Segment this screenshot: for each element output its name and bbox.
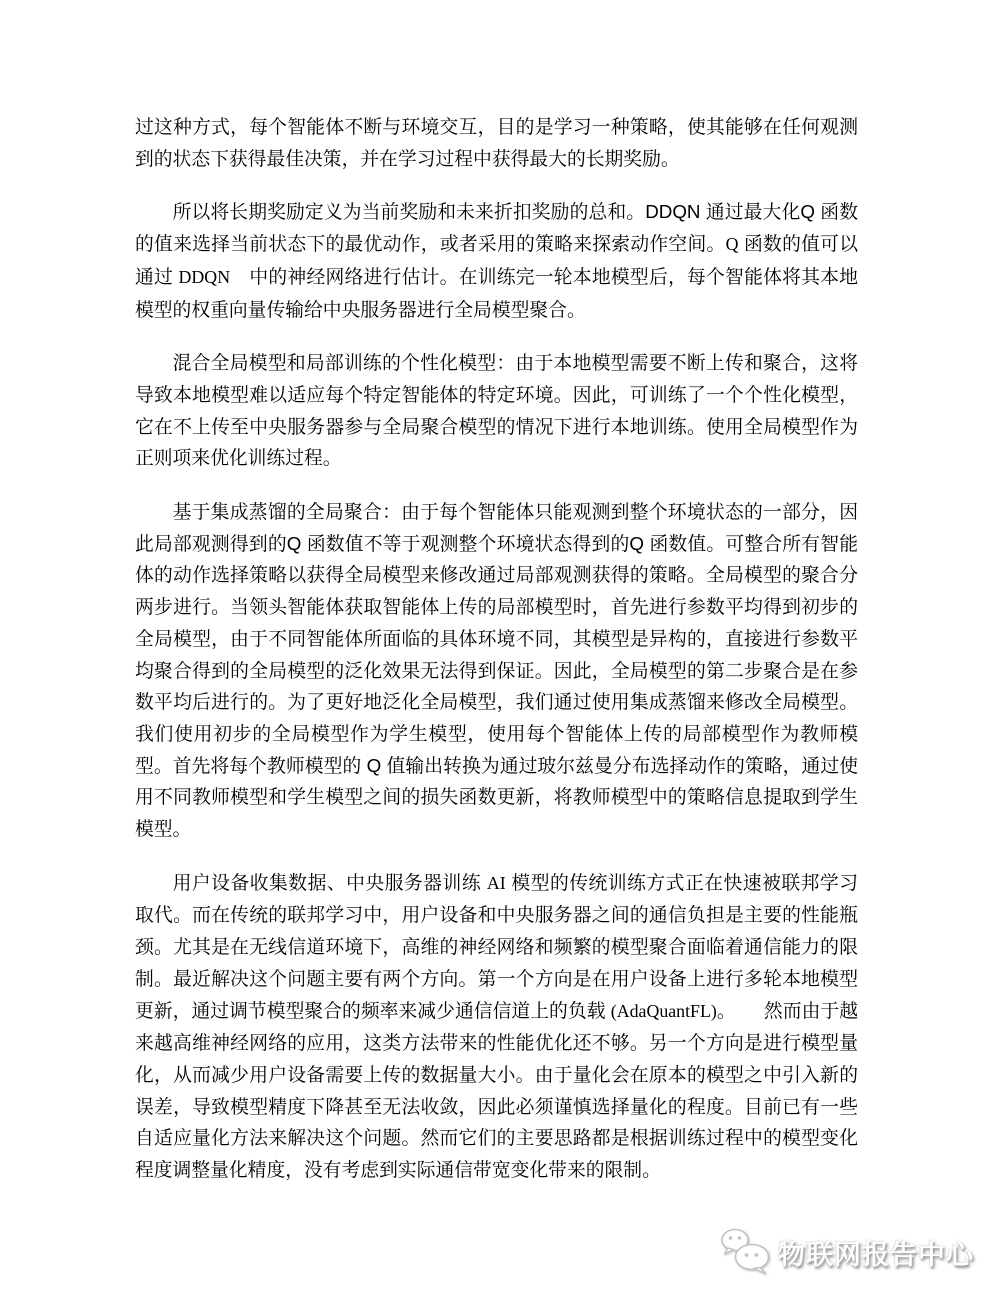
body-text: 用户设备收集数据、中央服务器训练 xyxy=(173,872,487,893)
paragraph: 所以将长期奖励定义为当前奖励和未来折扣奖励的总和。DDQN 通过最大化Q 函数的… xyxy=(135,196,858,325)
latin-serif-text: DDQN xyxy=(179,267,231,287)
latin-serif-text: Q xyxy=(726,234,739,254)
body-text: 中的神经网络进行估计。在训练完一轮本地模型后，每个智能体将其本地模型的权重向量传… xyxy=(135,266,858,320)
paragraph: 混合全局模型和局部训练的个性化模型：由于本地模型需要不断上传和聚合，这将导致本地… xyxy=(135,347,858,474)
body-text: 模型的传统训练方式正在快速被联邦学习取代。而在传统的联邦学习中，用户设备和中央服… xyxy=(135,872,858,1021)
body-text: 基于集成蒸馏的全局聚合：由于每个智能体只能观测到整个环境状态的一部分，因此局部观… xyxy=(135,501,858,839)
watermark-label: 物联网报告中心 xyxy=(778,1233,974,1272)
paragraph: 过这种方式，每个智能体不断与环境交互，目的是学习一种策略，使其能够在任何观测到的… xyxy=(135,111,858,174)
wechat-icon xyxy=(719,1227,771,1277)
body-text: 过这种方式，每个智能体不断与环境交互，目的是学习一种策略，使其能够在任何观测到的… xyxy=(135,116,858,169)
paragraph: 基于集成蒸馏的全局聚合：由于每个智能体只能观测到整个环境状态的一部分，因此局部观… xyxy=(135,496,858,845)
body-text: 。 然而由于越来越高维神经网络的应用，这类方法带来的性能优化还不够。另一个方向是… xyxy=(135,1000,858,1181)
document-page: 过这种方式，每个智能体不断与环境交互，目的是学习一种策略，使其能够在任何观测到的… xyxy=(0,0,1000,1293)
body-text: 混合全局模型和局部训练的个性化模型：由于本地模型需要不断上传和聚合，这将导致本地… xyxy=(135,352,858,468)
latin-serif-text: (AdaQuantFL) xyxy=(611,1001,717,1021)
watermark: 物联网报告中心 xyxy=(719,1227,974,1277)
latin-serif-text: AI xyxy=(487,873,506,893)
paragraph: 用户设备收集数据、中央服务器训练 AI 模型的传统训练方式正在快速被联邦学习取代… xyxy=(135,867,858,1186)
document-body: 过这种方式，每个智能体不断与环境交互，目的是学习一种策略，使其能够在任何观测到的… xyxy=(135,111,858,1208)
